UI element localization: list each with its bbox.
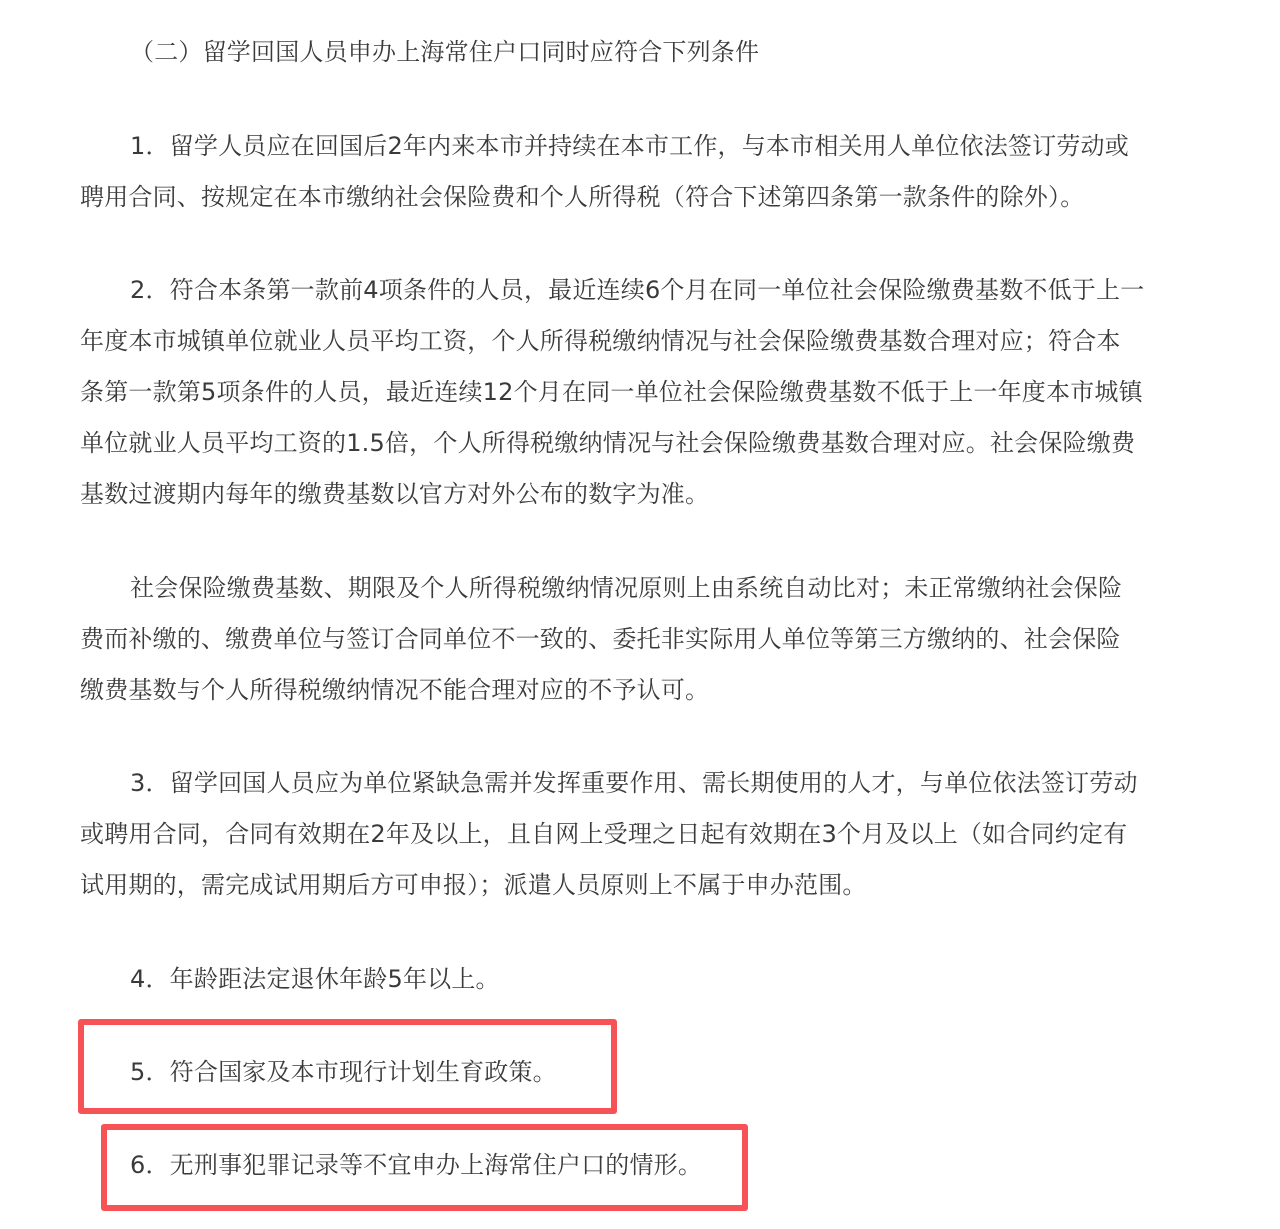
paragraph-line: 基数过渡期内每年的缴费基数以官方对外公布的数字为准。 xyxy=(80,477,709,511)
condition-item-6: 6．无刑事犯罪记录等不宜申办上海常住户口的情形。 xyxy=(130,1148,702,1182)
paragraph-line: 单位就业人员平均工资的1.5倍，个人所得税缴纳情况与社会保险缴费基数合理对应。社… xyxy=(80,426,1135,460)
paragraph-line: 年度本市城镇单位就业人员平均工资，个人所得税缴纳情况与社会保险缴费基数合理对应；… xyxy=(80,324,1121,358)
paragraph-line: 聘用合同、按规定在本市缴纳社会保险费和个人所得税（符合下述第四条第一款条件的除外… xyxy=(80,180,1084,214)
paragraph-line: 费而补缴的、缴费单位与签订合同单位不一致的、委托非实际用人单位等第三方缴纳的、社… xyxy=(80,622,1121,656)
condition-item-4: 4．年龄距法定退休年龄5年以上。 xyxy=(130,962,500,996)
section-heading: （二）留学回国人员申办上海常住户口同时应符合下列条件 xyxy=(130,35,759,69)
paragraph-line: 3．留学回国人员应为单位紧缺急需并发挥重要作用、需长期使用的人才，与单位依法签订… xyxy=(130,766,1138,800)
paragraph-line: 社会保险缴费基数、期限及个人所得税缴纳情况原则上由系统自动比对；未正常缴纳社会保… xyxy=(130,571,1122,605)
paragraph-line: 1．留学人员应在回国后2年内来本市并持续在本市工作，与本市相关用人单位依法签订劳… xyxy=(130,129,1129,163)
paragraph-line: 条第一款第5项条件的人员，最近连续12个月在同一单位社会保险缴费基数不低于上一年… xyxy=(80,375,1143,409)
condition-item-5: 5．符合国家及本市现行计划生育政策。 xyxy=(130,1055,557,1089)
paragraph-line: 2．符合本条第一款前4项条件的人员，最近连续6个月在同一单位社会保险缴费基数不低… xyxy=(130,273,1144,307)
paragraph-line: 或聘用合同，合同有效期在2年及以上，且自网上受理之日起有效期在3个月及以上（如合… xyxy=(80,817,1127,851)
paragraph-line: 试用期的，需完成试用期后方可申报）；派遣人员原则上不属于申办范围。 xyxy=(80,868,867,902)
paragraph-line: 缴费基数与个人所得税缴纳情况不能合理对应的不予认可。 xyxy=(80,673,709,707)
